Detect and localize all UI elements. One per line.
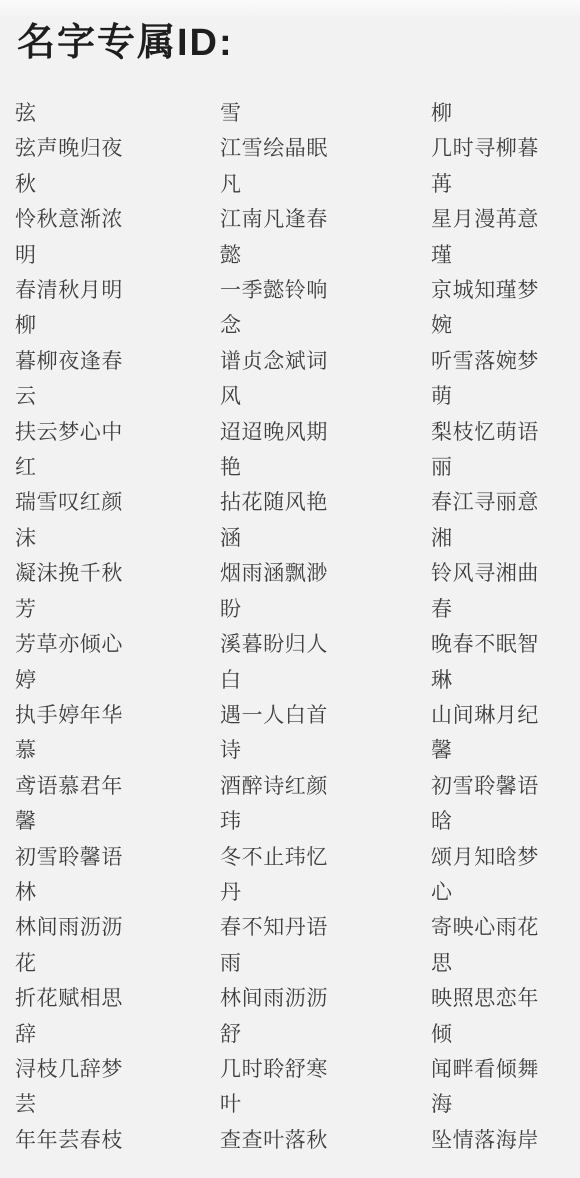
name-char: 映 bbox=[453, 910, 475, 945]
name-item: 拈花随风艳涵 bbox=[220, 485, 328, 556]
name-char: 年 bbox=[15, 1123, 37, 1158]
name-char: 红 bbox=[80, 485, 102, 520]
name-char: 间 bbox=[242, 981, 264, 1016]
name-char: 暮 bbox=[242, 627, 264, 662]
name-char: 林 bbox=[220, 981, 242, 1016]
name-char: 雪 bbox=[453, 769, 475, 804]
name-char: 慕 bbox=[58, 769, 80, 804]
name-item: 遇一人白首诗 bbox=[220, 698, 328, 769]
name-char: 语 bbox=[306, 910, 328, 945]
name-char: 扶 bbox=[15, 415, 37, 450]
name-char: 红 bbox=[285, 769, 307, 804]
name-item: 晚春不眠智琳 bbox=[431, 627, 539, 698]
name-item: 烟雨涵飘渺盼 bbox=[220, 556, 328, 627]
name-char: 首 bbox=[306, 698, 328, 733]
name-char: 花 bbox=[517, 910, 539, 945]
name-char: 海 bbox=[431, 1087, 453, 1122]
name-char: 思 bbox=[101, 981, 123, 1016]
name-char: 颜 bbox=[306, 769, 328, 804]
name-char: 浔 bbox=[15, 1052, 37, 1087]
name-char: 一 bbox=[242, 698, 264, 733]
name-char: 湘 bbox=[496, 556, 518, 591]
name-char: 沥 bbox=[101, 910, 123, 945]
name-char: 折 bbox=[15, 981, 37, 1016]
name-char: 沫 bbox=[37, 556, 59, 591]
name-char: 春 bbox=[431, 485, 453, 520]
name-char: 绘 bbox=[263, 131, 285, 166]
name-item: 瑞雪叹红颜沫 bbox=[15, 485, 123, 556]
name-item: 林间雨沥沥舒 bbox=[220, 981, 328, 1052]
name-char: 琳 bbox=[431, 663, 453, 698]
name-char: 月 bbox=[453, 840, 475, 875]
name-char: 梦 bbox=[101, 1052, 123, 1087]
name-char: 溪 bbox=[220, 627, 242, 662]
name-char: 月 bbox=[453, 202, 475, 237]
name-item: 铃风寻湘曲春 bbox=[431, 556, 539, 627]
name-char: 君 bbox=[80, 769, 102, 804]
name-char: 贞 bbox=[242, 344, 264, 379]
name-char: 迢 bbox=[242, 415, 264, 450]
name-item: 扶云梦心中红 bbox=[15, 415, 123, 486]
name-char: 人 bbox=[306, 627, 328, 662]
name-char: 期 bbox=[306, 415, 328, 450]
name-char: 时 bbox=[242, 1052, 264, 1087]
name-char: 逢 bbox=[285, 202, 307, 237]
name-char: 春 bbox=[101, 344, 123, 379]
name-char: 畔 bbox=[453, 1052, 475, 1087]
name-char: 映 bbox=[431, 981, 453, 1016]
name-char: 几 bbox=[431, 131, 453, 166]
name-char: 凝 bbox=[15, 556, 37, 591]
name-char: 瑾 bbox=[431, 238, 453, 273]
name-char: 间 bbox=[37, 910, 59, 945]
name-char: 雪 bbox=[453, 344, 475, 379]
name-char: 明 bbox=[101, 273, 123, 308]
name-char: 相 bbox=[80, 981, 102, 1016]
name-char: 京 bbox=[431, 273, 453, 308]
name-char: 雪 bbox=[220, 96, 242, 131]
name-item: 江雪绘晶眠凡 bbox=[220, 131, 328, 202]
name-char: 弦 bbox=[15, 131, 37, 166]
name-char: 婉 bbox=[496, 344, 518, 379]
name-char: 倾 bbox=[431, 1017, 453, 1052]
name-char: 苒 bbox=[431, 167, 453, 202]
name-column-2: 雪江雪绘晶眠凡江南凡逢春懿一季懿铃响念谱贞念斌词风迢迢晚风期艳拈花随风艳涵烟雨涵… bbox=[220, 96, 328, 1158]
name-char: 情 bbox=[453, 1123, 475, 1158]
name-char: 落 bbox=[474, 344, 496, 379]
name-char: 心 bbox=[80, 415, 102, 450]
name-char: 晚 bbox=[263, 415, 285, 450]
name-char: 闻 bbox=[431, 1052, 453, 1087]
name-char: 酒 bbox=[220, 769, 242, 804]
name-item: 怜秋意渐浓明 bbox=[15, 202, 123, 273]
name-char: 初 bbox=[431, 769, 453, 804]
name-char: 语 bbox=[517, 769, 539, 804]
name-char: 晚 bbox=[431, 627, 453, 662]
name-char: 落 bbox=[285, 1123, 307, 1158]
name-char: 一 bbox=[220, 273, 242, 308]
name-char: 颂 bbox=[431, 840, 453, 875]
name-column-3: 柳几时寻柳暮苒星月漫苒意瑾京城知瑾梦婉听雪落婉梦萌梨枝忆萌语丽春江寻丽意湘铃风寻… bbox=[431, 96, 539, 1158]
name-char: 月 bbox=[80, 273, 102, 308]
name-char: 辞 bbox=[80, 1052, 102, 1087]
name-char: 风 bbox=[220, 379, 242, 414]
name-char: 颜 bbox=[101, 485, 123, 520]
name-char: 春 bbox=[80, 1123, 102, 1158]
name-char: 夜 bbox=[101, 131, 123, 166]
name-char: 意 bbox=[517, 202, 539, 237]
name-char: 明 bbox=[15, 238, 37, 273]
name-char: 江 bbox=[453, 485, 475, 520]
name-char: 雨 bbox=[263, 981, 285, 1016]
name-item: 京城知瑾梦婉 bbox=[431, 273, 539, 344]
name-char: 芸 bbox=[58, 1123, 80, 1158]
name-item: 映照思恋年倾 bbox=[431, 981, 539, 1052]
name-char: 叶 bbox=[220, 1087, 242, 1122]
name-char: 雨 bbox=[496, 910, 518, 945]
name-item: 执手婷年华慕 bbox=[15, 698, 123, 769]
name-char: 曲 bbox=[517, 556, 539, 591]
name-char: 几 bbox=[220, 1052, 242, 1087]
name-char: 眠 bbox=[496, 627, 518, 662]
name-char: 中 bbox=[101, 415, 123, 450]
name-char: 知 bbox=[474, 273, 496, 308]
name-char: 芳 bbox=[15, 592, 37, 627]
name-char: 风 bbox=[285, 415, 307, 450]
name-char: 晶 bbox=[285, 131, 307, 166]
name-char: 雨 bbox=[220, 946, 242, 981]
name-char: 执 bbox=[15, 698, 37, 733]
name-char: 星 bbox=[431, 202, 453, 237]
name-char: 纪 bbox=[517, 698, 539, 733]
name-char: 寻 bbox=[474, 556, 496, 591]
name-char: 意 bbox=[517, 485, 539, 520]
name-char: 思 bbox=[474, 981, 496, 1016]
name-char: 艳 bbox=[306, 485, 328, 520]
name-char: 诗 bbox=[263, 769, 285, 804]
name-item: 几时聆舒寒叶 bbox=[220, 1052, 328, 1123]
name-char: 凡 bbox=[220, 167, 242, 202]
name-char: 慕 bbox=[15, 733, 37, 768]
name-char: 雪 bbox=[37, 840, 59, 875]
name-char: 丹 bbox=[285, 910, 307, 945]
name-char: 不 bbox=[474, 627, 496, 662]
name-char: 年 bbox=[37, 1123, 59, 1158]
name-char: 不 bbox=[242, 910, 264, 945]
name-char: 江 bbox=[220, 131, 242, 166]
name-char: 盼 bbox=[263, 627, 285, 662]
name-char: 暮 bbox=[517, 131, 539, 166]
name-char: 叹 bbox=[58, 485, 80, 520]
name-char: 秋 bbox=[37, 202, 59, 237]
name-char: 馨 bbox=[496, 769, 518, 804]
name-char: 湘 bbox=[431, 521, 453, 556]
name-char: 拈 bbox=[220, 485, 242, 520]
name-char: 春 bbox=[15, 273, 37, 308]
name-char: 梦 bbox=[58, 415, 80, 450]
name-char: 涵 bbox=[263, 556, 285, 591]
name-item: 寄映心雨花思 bbox=[431, 910, 539, 981]
name-char: 秋 bbox=[101, 556, 123, 591]
name-char: 寻 bbox=[474, 131, 496, 166]
name-item: 芳草亦倾心婷 bbox=[15, 627, 123, 698]
name-char: 忆 bbox=[306, 840, 328, 875]
name-item: 初雪聆馨语晗 bbox=[431, 769, 539, 840]
name-item: 春不知丹语雨 bbox=[220, 910, 328, 981]
name-char: 查 bbox=[242, 1123, 264, 1158]
name-char: 丽 bbox=[496, 485, 518, 520]
name-item: 谱贞念斌词风 bbox=[220, 344, 328, 415]
name-char: 岸 bbox=[517, 1123, 539, 1158]
name-char: 懿 bbox=[263, 273, 285, 308]
name-item: 听雪落婉梦萌 bbox=[431, 344, 539, 415]
name-char: 瑞 bbox=[15, 485, 37, 520]
name-char: 聆 bbox=[474, 769, 496, 804]
name-char: 暮 bbox=[15, 344, 37, 379]
name-item: 凝沫挽千秋芳 bbox=[15, 556, 123, 627]
name-char: 梨 bbox=[431, 415, 453, 450]
name-char: 草 bbox=[37, 627, 59, 662]
name-char: 丽 bbox=[431, 450, 453, 485]
name-char: 念 bbox=[263, 344, 285, 379]
name-char: 华 bbox=[101, 698, 123, 733]
name-char: 恋 bbox=[496, 981, 518, 1016]
name-item: 梨枝忆萌语丽 bbox=[431, 415, 539, 486]
name-char: 醉 bbox=[242, 769, 264, 804]
name-char: 寒 bbox=[306, 1052, 328, 1087]
name-item: 柳 bbox=[431, 96, 539, 131]
name-char: 舒 bbox=[220, 1017, 242, 1052]
name-item: 一季懿铃响念 bbox=[220, 273, 328, 344]
name-char: 时 bbox=[453, 131, 475, 166]
name-char: 亦 bbox=[58, 627, 80, 662]
name-item: 初雪聆馨语林 bbox=[15, 840, 123, 911]
name-char: 赋 bbox=[58, 981, 80, 1016]
name-char: 婷 bbox=[58, 698, 80, 733]
name-char: 馨 bbox=[431, 733, 453, 768]
name-char: 倾 bbox=[80, 627, 102, 662]
name-char: 归 bbox=[285, 627, 307, 662]
name-char: 年 bbox=[101, 769, 123, 804]
name-char: 枝 bbox=[453, 415, 475, 450]
name-item: 山间琳月纪馨 bbox=[431, 698, 539, 769]
name-char: 云 bbox=[15, 379, 37, 414]
name-char: 涵 bbox=[220, 521, 242, 556]
name-char: 念 bbox=[220, 308, 242, 343]
name-char: 沥 bbox=[306, 981, 328, 1016]
name-item: 江南凡逢春懿 bbox=[220, 202, 328, 273]
name-char: 海 bbox=[496, 1123, 518, 1158]
name-char: 林 bbox=[15, 875, 37, 910]
name-char: 晗 bbox=[496, 840, 518, 875]
name-item: 溪暮盼归人白 bbox=[220, 627, 328, 698]
name-char: 南 bbox=[242, 202, 264, 237]
name-char: 梦 bbox=[517, 344, 539, 379]
name-char: 红 bbox=[15, 450, 37, 485]
name-char: 烟 bbox=[220, 556, 242, 591]
name-char: 铃 bbox=[285, 273, 307, 308]
name-char: 聆 bbox=[58, 840, 80, 875]
name-char: 馨 bbox=[80, 840, 102, 875]
name-char: 云 bbox=[37, 415, 59, 450]
name-char: 雪 bbox=[242, 131, 264, 166]
name-char: 苒 bbox=[496, 202, 518, 237]
name-char: 知 bbox=[474, 840, 496, 875]
name-char: 艳 bbox=[220, 450, 242, 485]
name-char: 叶 bbox=[263, 1123, 285, 1158]
name-char: 柳 bbox=[496, 131, 518, 166]
name-char: 语 bbox=[101, 840, 123, 875]
name-item: 查查叶落秋 bbox=[220, 1123, 328, 1158]
name-char: 年 bbox=[517, 981, 539, 1016]
name-char: 白 bbox=[285, 698, 307, 733]
name-char: 枝 bbox=[101, 1123, 123, 1158]
name-char: 柳 bbox=[37, 344, 59, 379]
name-char: 不 bbox=[242, 840, 264, 875]
name-item: 坠情落海岸 bbox=[431, 1123, 539, 1158]
name-char: 风 bbox=[453, 556, 475, 591]
name-item: 酒醉诗红颜玮 bbox=[220, 769, 328, 840]
name-char: 坠 bbox=[431, 1123, 453, 1158]
name-char: 秋 bbox=[306, 1123, 328, 1158]
name-item: 林间雨沥沥花 bbox=[15, 910, 123, 981]
name-char: 手 bbox=[37, 698, 59, 733]
name-char: 初 bbox=[15, 840, 37, 875]
name-char: 晗 bbox=[431, 804, 453, 839]
name-char: 萌 bbox=[431, 379, 453, 414]
name-char: 声 bbox=[37, 131, 59, 166]
name-char: 听 bbox=[431, 344, 453, 379]
name-char: 辞 bbox=[15, 1017, 37, 1052]
name-char: 萌 bbox=[496, 415, 518, 450]
name-char: 铃 bbox=[431, 556, 453, 591]
name-char: 春 bbox=[453, 627, 475, 662]
name-char: 寄 bbox=[431, 910, 453, 945]
name-char: 千 bbox=[80, 556, 102, 591]
name-item: 暮柳夜逢春云 bbox=[15, 344, 123, 415]
name-char: 江 bbox=[220, 202, 242, 237]
name-char: 查 bbox=[220, 1123, 242, 1158]
name-char: 倾 bbox=[496, 1052, 518, 1087]
name-char: 几 bbox=[58, 1052, 80, 1087]
name-char: 芸 bbox=[15, 1087, 37, 1122]
name-char: 照 bbox=[453, 981, 475, 1016]
name-char: 飘 bbox=[285, 556, 307, 591]
name-char: 春 bbox=[220, 910, 242, 945]
name-char: 聆 bbox=[263, 1052, 285, 1087]
name-char: 丹 bbox=[220, 875, 242, 910]
name-item: 几时寻柳暮苒 bbox=[431, 131, 539, 202]
name-char: 凡 bbox=[263, 202, 285, 237]
name-char: 月 bbox=[496, 698, 518, 733]
name-char: 玮 bbox=[220, 804, 242, 839]
name-char: 寻 bbox=[474, 485, 496, 520]
name-item: 春清秋月明柳 bbox=[15, 273, 123, 344]
name-char: 眠 bbox=[306, 131, 328, 166]
name-char: 懿 bbox=[220, 238, 242, 273]
name-char: 渐 bbox=[80, 202, 102, 237]
name-char: 忆 bbox=[474, 415, 496, 450]
name-char: 弦 bbox=[15, 96, 37, 131]
name-column-1: 弦弦声晚归夜秋怜秋意渐浓明春清秋月明柳暮柳夜逢春云扶云梦心中红瑞雪叹红颜沫凝沫挽… bbox=[15, 96, 123, 1158]
name-item: 冬不止玮忆丹 bbox=[220, 840, 328, 911]
name-char: 风 bbox=[285, 485, 307, 520]
name-char: 花 bbox=[242, 485, 264, 520]
name-char: 遇 bbox=[220, 698, 242, 733]
name-item: 迢迢晚风期艳 bbox=[220, 415, 328, 486]
name-char: 婷 bbox=[15, 663, 37, 698]
name-char: 雪 bbox=[37, 485, 59, 520]
name-char: 白 bbox=[220, 663, 242, 698]
name-char: 诗 bbox=[220, 733, 242, 768]
name-item: 折花赋相思辞 bbox=[15, 981, 123, 1052]
name-char: 怜 bbox=[15, 202, 37, 237]
name-char: 玮 bbox=[285, 840, 307, 875]
name-char: 舒 bbox=[285, 1052, 307, 1087]
name-char: 晚 bbox=[58, 131, 80, 166]
name-item: 闻畔看倾舞海 bbox=[431, 1052, 539, 1123]
name-char: 随 bbox=[263, 485, 285, 520]
name-char: 意 bbox=[58, 202, 80, 237]
page-title: 名字专属ID: bbox=[17, 22, 234, 66]
name-char: 思 bbox=[431, 946, 453, 981]
name-char: 婉 bbox=[431, 308, 453, 343]
name-char: 词 bbox=[306, 344, 328, 379]
name-char: 沫 bbox=[15, 521, 37, 556]
name-char: 琳 bbox=[474, 698, 496, 733]
name-char: 秋 bbox=[15, 167, 37, 202]
name-char: 年 bbox=[80, 698, 102, 733]
name-char: 落 bbox=[474, 1123, 496, 1158]
name-char: 春 bbox=[306, 202, 328, 237]
name-char: 迢 bbox=[220, 415, 242, 450]
name-char: 花 bbox=[15, 946, 37, 981]
name-char: 雨 bbox=[242, 556, 264, 591]
name-char: 沥 bbox=[80, 910, 102, 945]
name-char: 响 bbox=[306, 273, 328, 308]
name-char: 盼 bbox=[220, 592, 242, 627]
name-char: 梦 bbox=[517, 840, 539, 875]
name-char: 谱 bbox=[220, 344, 242, 379]
name-char: 挽 bbox=[58, 556, 80, 591]
name-char: 心 bbox=[474, 910, 496, 945]
name-char: 语 bbox=[37, 769, 59, 804]
name-item: 鸢语慕君年馨 bbox=[15, 769, 123, 840]
name-id-list-page: 名字专属ID: 弦弦声晚归夜秋怜秋意渐浓明春清秋月明柳暮柳夜逢春云扶云梦心中红瑞… bbox=[0, 0, 580, 1178]
name-item: 年年芸春枝 bbox=[15, 1123, 123, 1158]
name-char: 芳 bbox=[15, 627, 37, 662]
name-char: 馨 bbox=[15, 804, 37, 839]
name-char: 城 bbox=[453, 273, 475, 308]
name-char: 雨 bbox=[58, 910, 80, 945]
name-item: 浔枝几辞梦芸 bbox=[15, 1052, 123, 1123]
name-char: 心 bbox=[101, 627, 123, 662]
name-char: 夜 bbox=[58, 344, 80, 379]
name-char: 渺 bbox=[306, 556, 328, 591]
name-item: 弦声晚归夜秋 bbox=[15, 131, 123, 202]
name-char: 归 bbox=[80, 131, 102, 166]
name-char: 秋 bbox=[58, 273, 80, 308]
name-char: 浓 bbox=[101, 202, 123, 237]
name-item: 星月漫苒意瑾 bbox=[431, 202, 539, 273]
name-char: 季 bbox=[242, 273, 264, 308]
name-char: 柳 bbox=[431, 96, 453, 131]
name-item: 弦 bbox=[15, 96, 123, 131]
name-char: 山 bbox=[431, 698, 453, 733]
name-char: 漫 bbox=[474, 202, 496, 237]
name-char: 斌 bbox=[285, 344, 307, 379]
name-char: 人 bbox=[263, 698, 285, 733]
